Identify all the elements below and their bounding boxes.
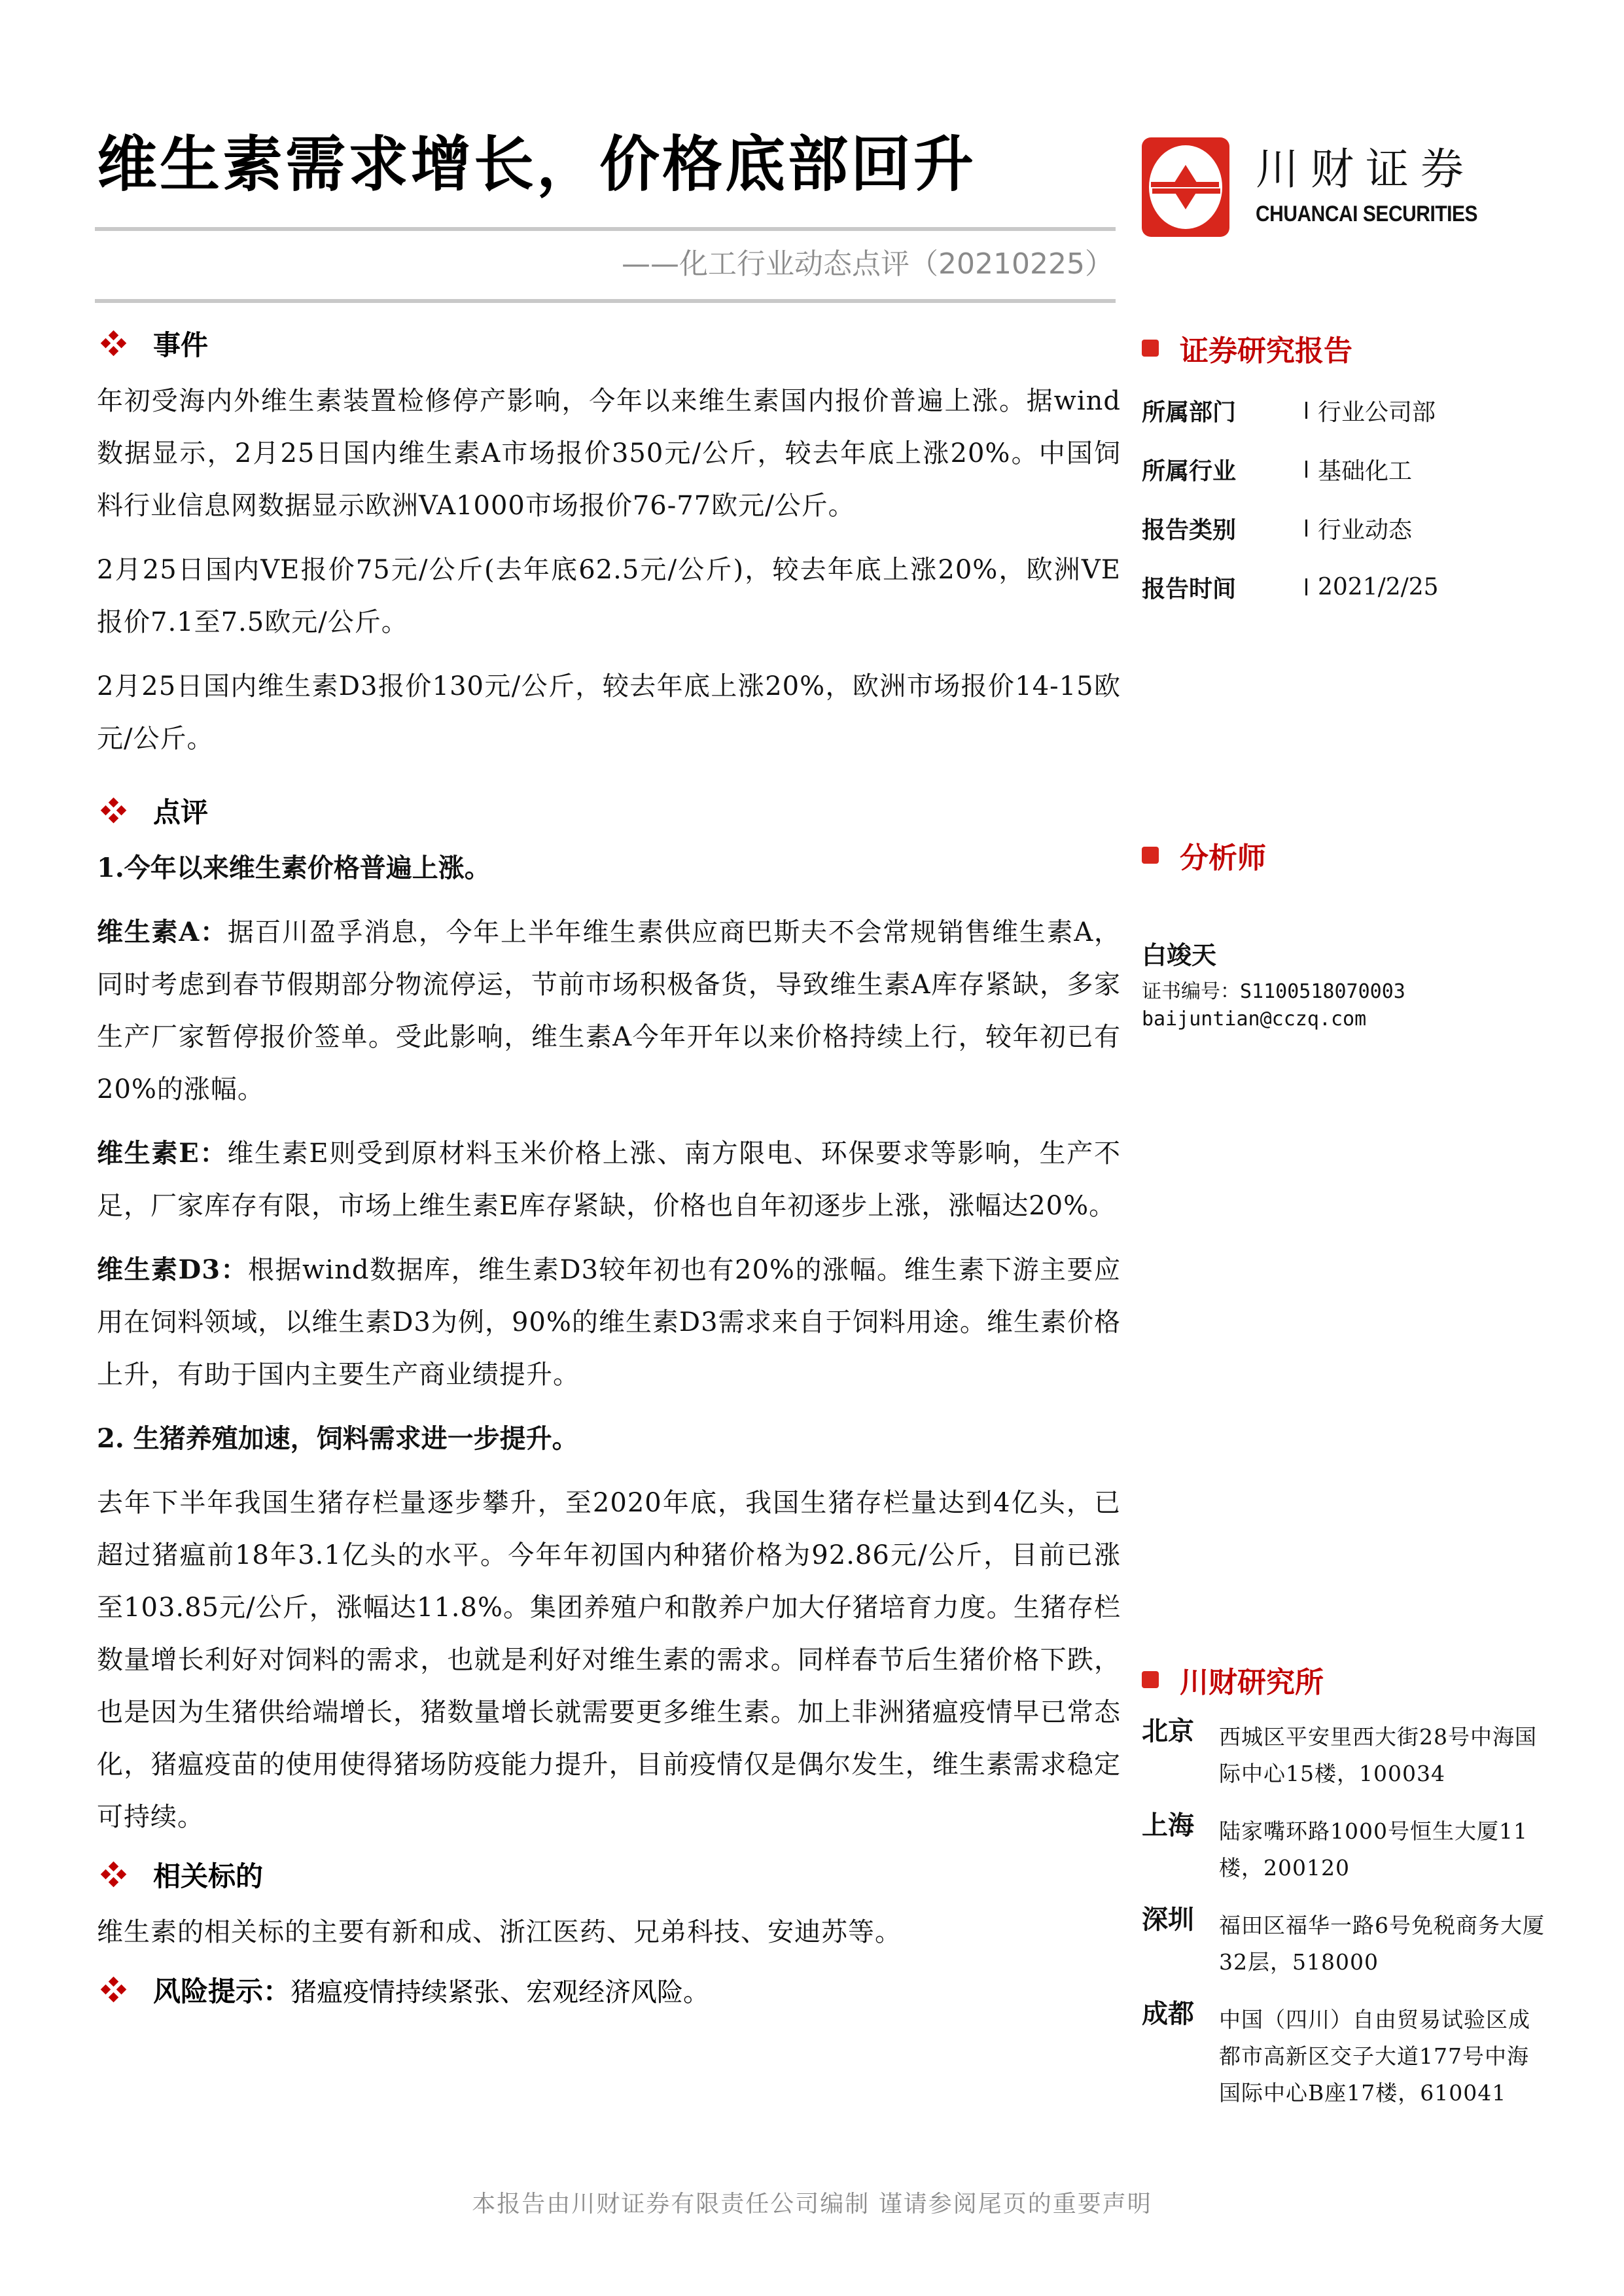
event-paragraph: 年初受海内外维生素装置检修停产影响，今年以来维生素国内报价普遍上涨。据wind数…	[97, 375, 1121, 532]
diamond-bullet-icon	[102, 332, 126, 355]
office-city: 成都	[1142, 1995, 1219, 2111]
meta-value: 2021/2/25	[1318, 574, 1439, 601]
analyst-email[interactable]: baijuntian@cczq.com	[1142, 1008, 1547, 1031]
comment-point-1-title: 1.今年以来维生素价格普遍上涨。	[97, 842, 1121, 894]
sidebar-institute: 川财研究所 北京 西城区平安里西大街28号中海国际中心15楼，100034 上海…	[1142, 1659, 1547, 2126]
vitamin-a-label: 维生素A：	[97, 917, 228, 947]
meta-row-industry: 所属行业 基础化工	[1142, 440, 1547, 499]
vitamin-d3-paragraph: 维生素D3：根据wind数据库，维生素D3较年初也有20%的涨幅。维生素下游主要…	[97, 1244, 1121, 1401]
risk-text: 猪瘟疫情持续紧张、宏观经济风险。	[291, 1971, 709, 2009]
sidebar-report-info: 证券研究报告 所属部门 行业公司部 所属行业 基础化工 报告类别 行业动态 报告…	[1142, 327, 1547, 616]
diamond-bullet-icon	[102, 799, 126, 822]
title-divider-top	[95, 227, 1116, 231]
brand-name-cn: 川财证券	[1256, 148, 1508, 191]
risk-label: 风险提示：	[153, 1970, 291, 2009]
meta-label: 报告时间	[1142, 571, 1305, 604]
sidebar-analyst: 分析师 白竣天 证书编号：S1100518070003 baijuntian@c…	[1142, 834, 1547, 1031]
meta-value: 基础化工	[1318, 453, 1412, 486]
vitamin-a-paragraph: 维生素A：据百川盈孚消息，今年上半年维生素供应商巴斯夫不会常规销售维生素A，同时…	[97, 906, 1121, 1116]
comment-point-2-title: 2. 生猪养殖加速，饲料需求进一步提升。	[97, 1413, 1121, 1465]
section-heading-label: 相关标的	[153, 1855, 263, 1894]
diamond-bullet-icon	[102, 1863, 126, 1886]
section-heading-event: 事件	[97, 324, 1121, 363]
vitamin-a-text: 据百川盈孚消息，今年上半年维生素供应商巴斯夫不会常规销售维生素A，同时考虑到春节…	[97, 917, 1121, 1104]
meta-row-department: 所属部门 行业公司部	[1142, 381, 1547, 440]
office-beijing: 北京 西城区平安里西大街28号中海国际中心15楼，100034	[1142, 1712, 1547, 1792]
vitamin-d3-text: 根据wind数据库，维生素D3较年初也有20%的涨幅。维生素下游主要应用在饲料领…	[97, 1255, 1121, 1390]
sidebar-heading-analyst: 分析师	[1142, 834, 1547, 876]
event-paragraph: 2月25日国内维生素D3报价130元/公斤，较去年底上涨20%，欧洲市场报价14…	[97, 660, 1121, 765]
analyst-name: 白竣天	[1142, 935, 1547, 971]
sidebar-heading-report: 证券研究报告	[1142, 327, 1547, 369]
brand-name-en: CHUANCAI SECURITIES	[1256, 202, 1477, 227]
chuancai-mini-logo-icon	[1142, 1671, 1159, 1688]
diamond-bullet-icon	[102, 1978, 126, 2002]
sidebar-heading-label: 证券研究报告	[1180, 327, 1352, 369]
office-address: 西城区平安里西大街28号中海国际中心15楼，100034	[1219, 1712, 1547, 1792]
meta-value: 行业公司部	[1318, 394, 1436, 427]
chuancai-mini-logo-icon	[1142, 847, 1159, 864]
section-heading-risk: 风险提示： 猪瘟疫情持续紧张、宏观经济风险。	[97, 1970, 1121, 2009]
page-footer-disclaimer: 本报告由川财证券有限责任公司编制 谨请参阅尾页的重要声明	[0, 2185, 1624, 2219]
meta-label: 所属部门	[1142, 394, 1305, 427]
office-city: 深圳	[1142, 1901, 1219, 1981]
chuancai-logo-icon	[1142, 137, 1229, 237]
report-title: 维生素需求增长，价格底部回升	[97, 134, 976, 194]
office-address: 福田区福华一路6号免税商务大厦32层，518000	[1219, 1901, 1547, 1981]
hog-farming-paragraph: 去年下半年我国生猪存栏量逐步攀升，至2020年底，我国生猪存栏量达到4亿头，已超…	[97, 1477, 1121, 1843]
section-heading-label: 事件	[153, 324, 208, 363]
meta-row-report-type: 报告类别 行业动态	[1142, 499, 1547, 557]
section-heading-related: 相关标的	[97, 1855, 1121, 1894]
office-city: 上海	[1142, 1807, 1219, 1886]
office-chengdu: 成都 中国（四川）自由贸易试验区成都市高新区交子大道177号中海国际中心B座17…	[1142, 1995, 1547, 2111]
office-shanghai: 上海 陆家嘴环路1000号恒生大厦11楼，200120	[1142, 1807, 1547, 1886]
analyst-cert-number: 证书编号：S1100518070003	[1142, 975, 1547, 1004]
event-paragraph: 2月25日国内VE报价75元/公斤(去年底62.5元/公斤)，较去年底上涨20%…	[97, 544, 1121, 648]
sidebar-heading-label: 川财研究所	[1180, 1659, 1324, 1701]
meta-row-report-date: 报告时间 2021/2/25	[1142, 557, 1547, 616]
office-address: 中国（四川）自由贸易试验区成都市高新区交子大道177号中海国际中心B座17楼，6…	[1219, 1995, 1547, 2111]
vitamin-d3-label: 维生素D3：	[97, 1254, 248, 1285]
related-stocks-paragraph: 维生素的相关标的主要有新和成、浙江医药、兄弟科技、安迪苏等。	[97, 1906, 1121, 1958]
meta-value: 行业动态	[1318, 512, 1412, 545]
chuancai-mini-logo-icon	[1142, 340, 1159, 357]
office-shenzhen: 深圳 福田区福华一路6号免税商务大厦32层，518000	[1142, 1901, 1547, 1981]
title-divider-bottom	[95, 299, 1116, 303]
section-heading-label: 点评	[153, 791, 208, 830]
meta-label: 所属行业	[1142, 453, 1305, 486]
vitamin-e-paragraph: 维生素E：维生素E则受到原材料玉米价格上涨、南方限电、环保要求等影响，生产不足，…	[97, 1127, 1121, 1232]
company-logo: 川财证券 CHUANCAI SECURITIES	[1142, 137, 1508, 237]
sidebar-heading-label: 分析师	[1180, 834, 1266, 876]
report-subtitle: ——化工行业动态点评（20210225）	[622, 250, 1114, 279]
office-city: 北京	[1142, 1712, 1219, 1792]
sidebar-heading-institute: 川财研究所	[1142, 1659, 1547, 1701]
main-content: 事件 年初受海内外维生素装置检修停产影响，今年以来维生素国内报价普遍上涨。据wi…	[97, 324, 1121, 2009]
office-address: 陆家嘴环路1000号恒生大厦11楼，200120	[1219, 1807, 1547, 1886]
meta-label: 报告类别	[1142, 512, 1305, 545]
vitamin-e-label: 维生素E：	[97, 1138, 227, 1169]
vitamin-e-text: 维生素E则受到原材料玉米价格上涨、南方限电、环保要求等影响，生产不足，厂家库存有…	[97, 1139, 1121, 1221]
section-heading-comment: 点评	[97, 791, 1121, 830]
